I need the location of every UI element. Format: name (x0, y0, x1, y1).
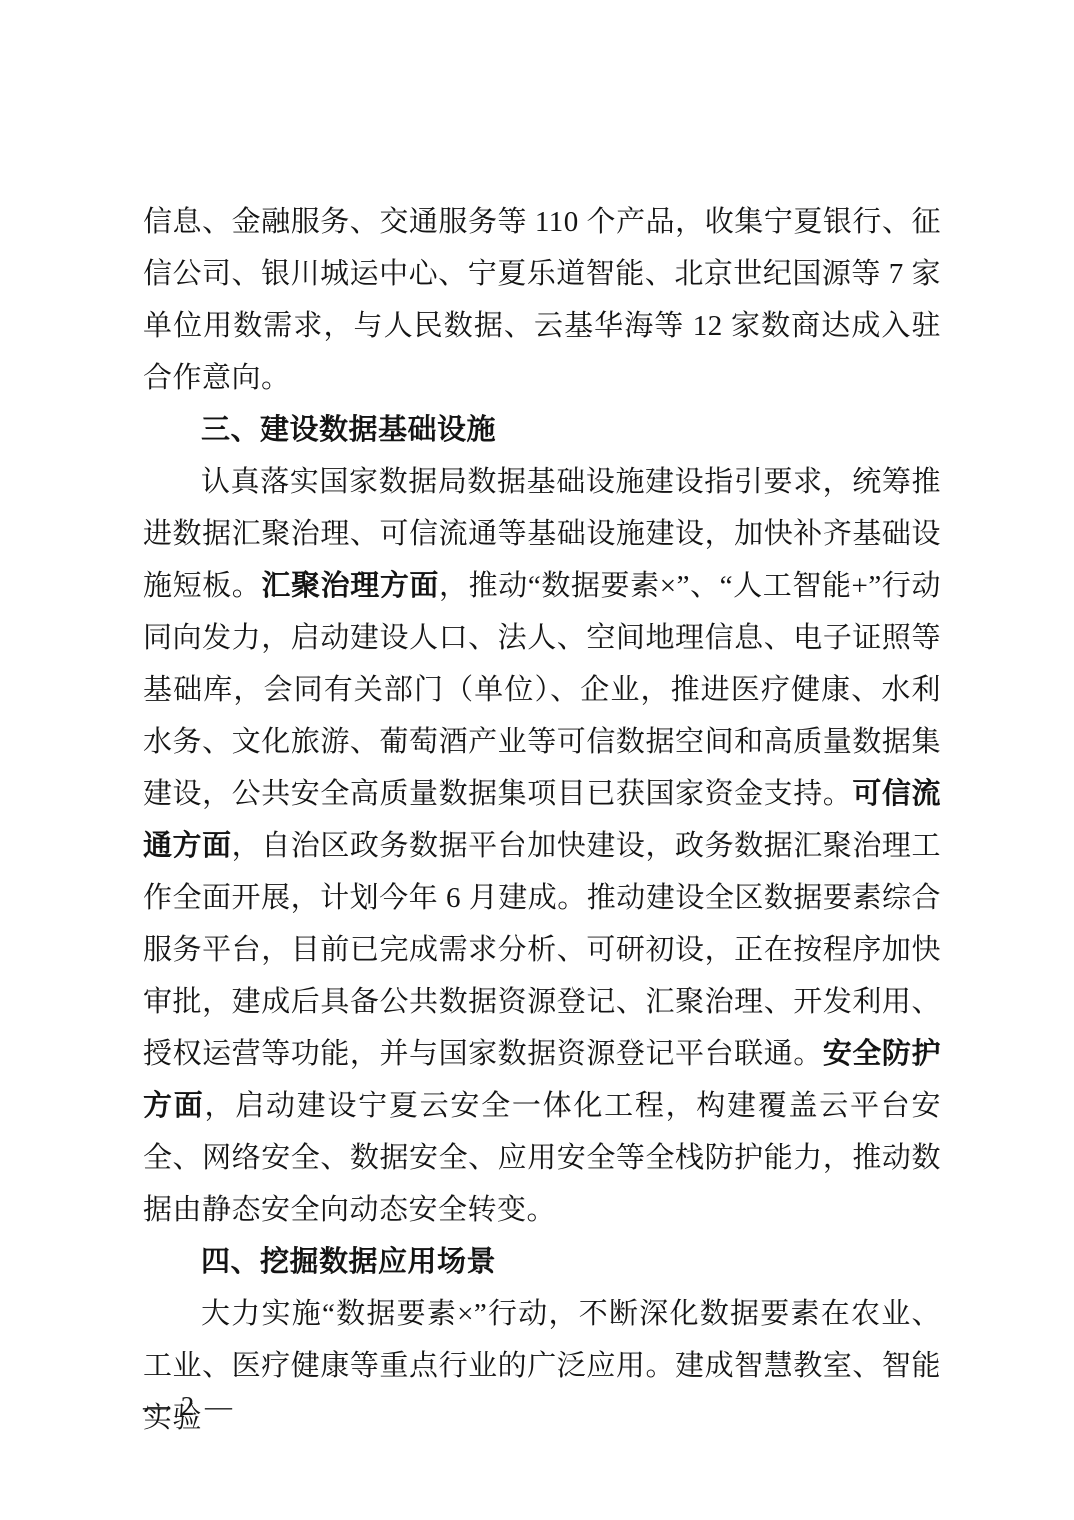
bold-text-run: 四、挖掘数据应用场景 (201, 1246, 496, 1278)
document-body: 信息、金融服务、交通服务等 110 个产品，收集宁夏银行、征信公司、银川城运中心… (143, 196, 941, 1444)
text-run: ，自治区政务数据平台加快建设，政务数据汇聚治理工作全面开展，计划今年 6 月建成… (143, 830, 941, 1070)
bold-text-run: 三、建设数据基础设施 (201, 414, 496, 446)
text-run: 大力实施“数据要素×”行动，不断深化数据要素在农业、工业、医疗健康等重点行业的广… (143, 1298, 941, 1434)
paragraph: 认真落实国家数据局数据基础设施建设指引要求，统筹推进数据汇聚治理、可信流通等基础… (143, 456, 941, 1236)
page-footer: — 2 — (143, 1390, 234, 1422)
section-heading: 三、建设数据基础设施 (143, 404, 941, 456)
paragraph: 大力实施“数据要素×”行动，不断深化数据要素在农业、工业、医疗健康等重点行业的广… (143, 1288, 941, 1444)
bold-text-run: 汇聚治理方面 (261, 570, 439, 602)
section-heading: 四、挖掘数据应用场景 (143, 1236, 941, 1288)
text-run: ，启动建设宁夏云安全一体化工程，构建覆盖云平台安全、网络安全、数据安全、应用安全… (143, 1090, 941, 1226)
document-page: 信息、金融服务、交通服务等 110 个产品，收集宁夏银行、征信公司、银川城运中心… (0, 0, 1074, 1520)
page-number: — 2 — (143, 1391, 234, 1421)
text-run: ，推动“数据要素×”、“人工智能+”行动同向发力，启动建设人口、法人、空间地理信… (143, 570, 941, 810)
paragraph: 信息、金融服务、交通服务等 110 个产品，收集宁夏银行、征信公司、银川城运中心… (143, 196, 941, 404)
text-run: 信息、金融服务、交通服务等 110 个产品，收集宁夏银行、征信公司、银川城运中心… (143, 206, 941, 394)
